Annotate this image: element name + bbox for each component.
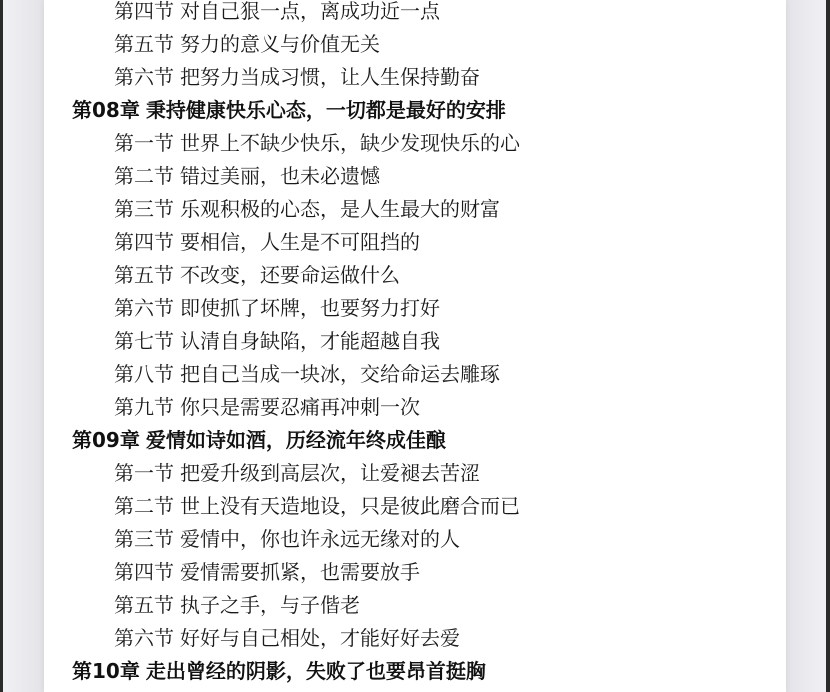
- toc-chapter[interactable]: 第08章秉持健康快乐心态，一切都是最好的安排: [72, 94, 520, 127]
- chapter-number: 第08章: [72, 98, 140, 122]
- section-title: 执子之手，与子偕老: [180, 593, 360, 617]
- section-number: 第五节: [114, 593, 174, 617]
- chapter-title: 走出曾经的阴影，失败了也要昂首挺胸: [146, 659, 486, 683]
- section-title: 爱情中，你也许永远无缘对的人: [180, 527, 460, 551]
- section-number: 第三节: [114, 527, 174, 551]
- section-title: 认清自身缺陷，才能超越自我: [180, 329, 440, 353]
- toc-section[interactable]: 第六节好好与自己相处，才能好好去爱: [72, 622, 520, 655]
- chapter-title: 爱情如诗如酒，历经流年终成佳酿: [146, 428, 446, 452]
- section-number: 第一节: [114, 131, 174, 155]
- section-number: 第四节: [114, 560, 174, 584]
- toc-section[interactable]: 第三节爱情中，你也许永远无缘对的人: [72, 523, 520, 556]
- toc-section[interactable]: 第七节认清自身缺陷，才能超越自我: [72, 325, 520, 358]
- toc-section[interactable]: 第二节错过美丽，也未必遗憾: [72, 160, 520, 193]
- section-title: 乐观积极的心态，是人生最大的财富: [180, 197, 500, 221]
- chapter-number: 第09章: [72, 428, 140, 452]
- toc-chapter[interactable]: 第09章爱情如诗如酒，历经流年终成佳酿: [72, 424, 520, 457]
- toc-section[interactable]: 第六节把努力当成习惯，让人生保持勤奋: [72, 61, 520, 94]
- section-title: 世界上不缺少快乐，缺少发现快乐的心: [180, 131, 520, 155]
- section-title: 对自己狠一点，离成功近一点: [180, 0, 440, 23]
- table-of-contents: 第四节对自己狠一点，离成功近一点 第五节努力的意义与价值无关 第六节把努力当成习…: [72, 0, 520, 688]
- section-number: 第一节: [114, 461, 174, 485]
- section-title: 把努力当成习惯，让人生保持勤奋: [180, 65, 480, 89]
- toc-section[interactable]: 第二节世上没有天造地设，只是彼此磨合而已: [72, 490, 520, 523]
- toc-section[interactable]: 第九节你只是需要忍痛再冲刺一次: [72, 391, 520, 424]
- section-number: 第六节: [114, 296, 174, 320]
- section-number: 第六节: [114, 626, 174, 650]
- toc-section[interactable]: 第一节世界上不缺少快乐，缺少发现快乐的心: [72, 127, 520, 160]
- section-number: 第八节: [114, 362, 174, 386]
- section-number: 第九节: [114, 395, 174, 419]
- section-title: 不改变，还要命运做什么: [180, 263, 400, 287]
- toc-section[interactable]: 第八节把自己当成一块冰，交给命运去雕琢: [72, 358, 520, 391]
- section-title: 即使抓了坏牌，也要努力打好: [180, 296, 440, 320]
- section-number: 第四节: [114, 230, 174, 254]
- section-number: 第二节: [114, 494, 174, 518]
- section-title: 世上没有天造地设，只是彼此磨合而已: [180, 494, 520, 518]
- section-number: 第五节: [114, 32, 174, 56]
- section-number: 第五节: [114, 263, 174, 287]
- section-number: 第三节: [114, 197, 174, 221]
- toc-section[interactable]: 第五节不改变，还要命运做什么: [72, 259, 520, 292]
- section-title: 要相信，人生是不可阻挡的: [180, 230, 420, 254]
- section-number: 第七节: [114, 329, 174, 353]
- toc-section[interactable]: 第一节把爱升级到高层次，让爱褪去苦涩: [72, 457, 520, 490]
- section-title: 努力的意义与价值无关: [180, 32, 380, 56]
- toc-section[interactable]: 第六节即使抓了坏牌，也要努力打好: [72, 292, 520, 325]
- section-title: 你只是需要忍痛再冲刺一次: [180, 395, 420, 419]
- chapter-title: 秉持健康快乐心态，一切都是最好的安排: [146, 98, 506, 122]
- toc-section[interactable]: 第五节努力的意义与价值无关: [72, 28, 520, 61]
- toc-chapter[interactable]: 第10章走出曾经的阴影，失败了也要昂首挺胸: [72, 655, 520, 688]
- toc-section[interactable]: 第四节要相信，人生是不可阻挡的: [72, 226, 520, 259]
- document-page: 第四节对自己狠一点，离成功近一点 第五节努力的意义与价值无关 第六节把努力当成习…: [44, 0, 786, 692]
- section-title: 把爱升级到高层次，让爱褪去苦涩: [180, 461, 480, 485]
- chapter-number: 第10章: [72, 659, 140, 683]
- toc-section[interactable]: 第四节对自己狠一点，离成功近一点: [72, 0, 520, 28]
- document-viewer[interactable]: 第四节对自己狠一点，离成功近一点 第五节努力的意义与价值无关 第六节把努力当成习…: [3, 0, 826, 692]
- section-number: 第二节: [114, 164, 174, 188]
- toc-section[interactable]: 第五节执子之手，与子偕老: [72, 589, 520, 622]
- toc-section[interactable]: 第三节乐观积极的心态，是人生最大的财富: [72, 193, 520, 226]
- section-title: 错过美丽，也未必遗憾: [180, 164, 380, 188]
- section-number: 第四节: [114, 0, 174, 23]
- section-title: 把自己当成一块冰，交给命运去雕琢: [180, 362, 500, 386]
- toc-section[interactable]: 第四节爱情需要抓紧，也需要放手: [72, 556, 520, 589]
- section-number: 第六节: [114, 65, 174, 89]
- section-title: 好好与自己相处，才能好好去爱: [180, 626, 460, 650]
- section-title: 爱情需要抓紧，也需要放手: [180, 560, 420, 584]
